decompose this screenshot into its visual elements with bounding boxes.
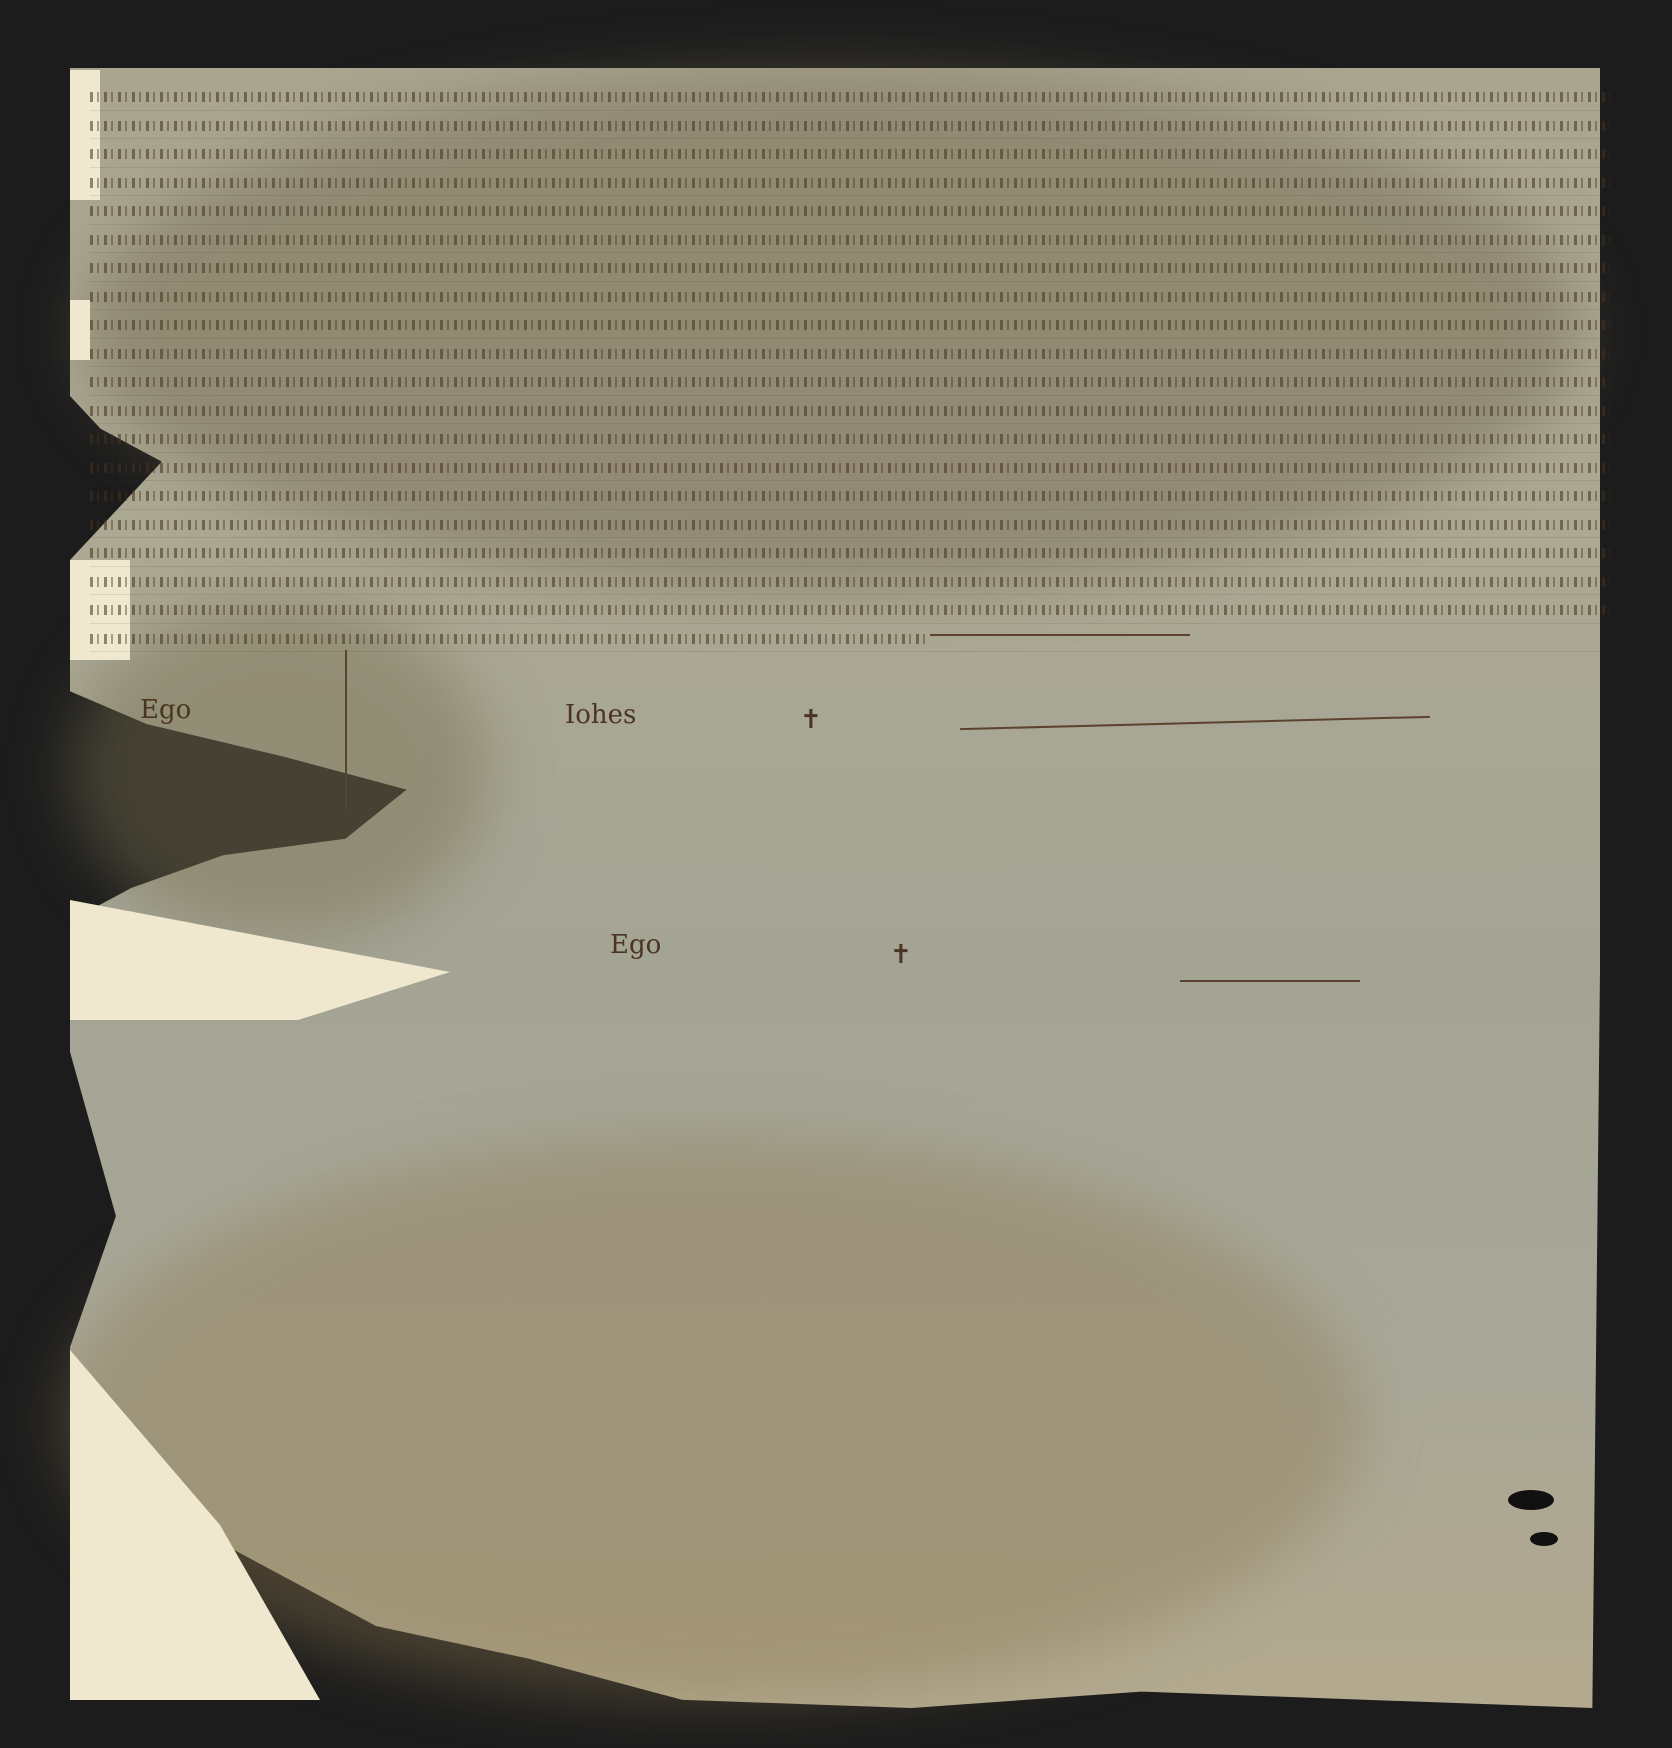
manuscript-line xyxy=(90,168,1610,197)
manuscript-line xyxy=(90,225,1610,254)
handwritten-text xyxy=(90,434,1610,444)
seal-hole xyxy=(1508,1490,1554,1510)
handwritten-text xyxy=(90,577,1610,587)
manuscript-line xyxy=(90,595,1610,624)
manuscript-line xyxy=(90,396,1610,425)
damaged-edge xyxy=(70,300,90,360)
manuscript-line xyxy=(90,253,1610,282)
handwritten-text xyxy=(90,149,1610,159)
notarial-sign xyxy=(345,650,407,810)
handwritten-text xyxy=(90,206,1610,216)
manuscript-line xyxy=(90,139,1610,168)
handwritten-text xyxy=(90,92,1610,102)
manuscript-line xyxy=(90,453,1610,482)
handwritten-text xyxy=(90,263,1610,273)
seal-hole xyxy=(1530,1532,1558,1546)
manuscript-line xyxy=(90,339,1610,368)
manuscript-line xyxy=(90,510,1610,539)
signature-ego-2: Ego xyxy=(610,930,661,960)
handwritten-text xyxy=(90,634,926,644)
manuscript-line xyxy=(90,82,1610,111)
handwritten-text xyxy=(90,349,1610,359)
handwritten-text xyxy=(90,463,1610,473)
signature-mark-2: ✝ xyxy=(890,940,912,970)
handwritten-text xyxy=(90,548,1610,558)
handwritten-text xyxy=(90,520,1610,530)
text-end-flourish xyxy=(930,634,1190,636)
manuscript-line xyxy=(90,567,1610,596)
handwritten-text xyxy=(90,292,1610,302)
signature-iohes: Iohes xyxy=(565,700,636,730)
handwritten-text xyxy=(90,605,1610,615)
handwritten-text xyxy=(90,406,1610,416)
manuscript-line xyxy=(90,481,1610,510)
manuscript-line xyxy=(90,367,1610,396)
handwritten-text xyxy=(90,121,1610,131)
manuscript-line xyxy=(90,538,1610,567)
signature-ego: Ego xyxy=(140,695,191,725)
manuscript-line xyxy=(90,111,1610,140)
handwritten-text xyxy=(90,491,1610,501)
handwritten-text xyxy=(90,320,1610,330)
signature-flourish-line xyxy=(1180,980,1360,982)
charter-text-block xyxy=(90,82,1610,652)
manuscript-line xyxy=(90,624,1610,653)
signature-mark: ✝ xyxy=(800,705,822,735)
handwritten-text xyxy=(90,235,1610,245)
manuscript-line xyxy=(90,424,1610,453)
manuscript-line xyxy=(90,310,1610,339)
manuscript-line xyxy=(90,282,1610,311)
handwritten-text xyxy=(90,377,1610,387)
manuscript-line xyxy=(90,196,1610,225)
handwritten-text xyxy=(90,178,1610,188)
